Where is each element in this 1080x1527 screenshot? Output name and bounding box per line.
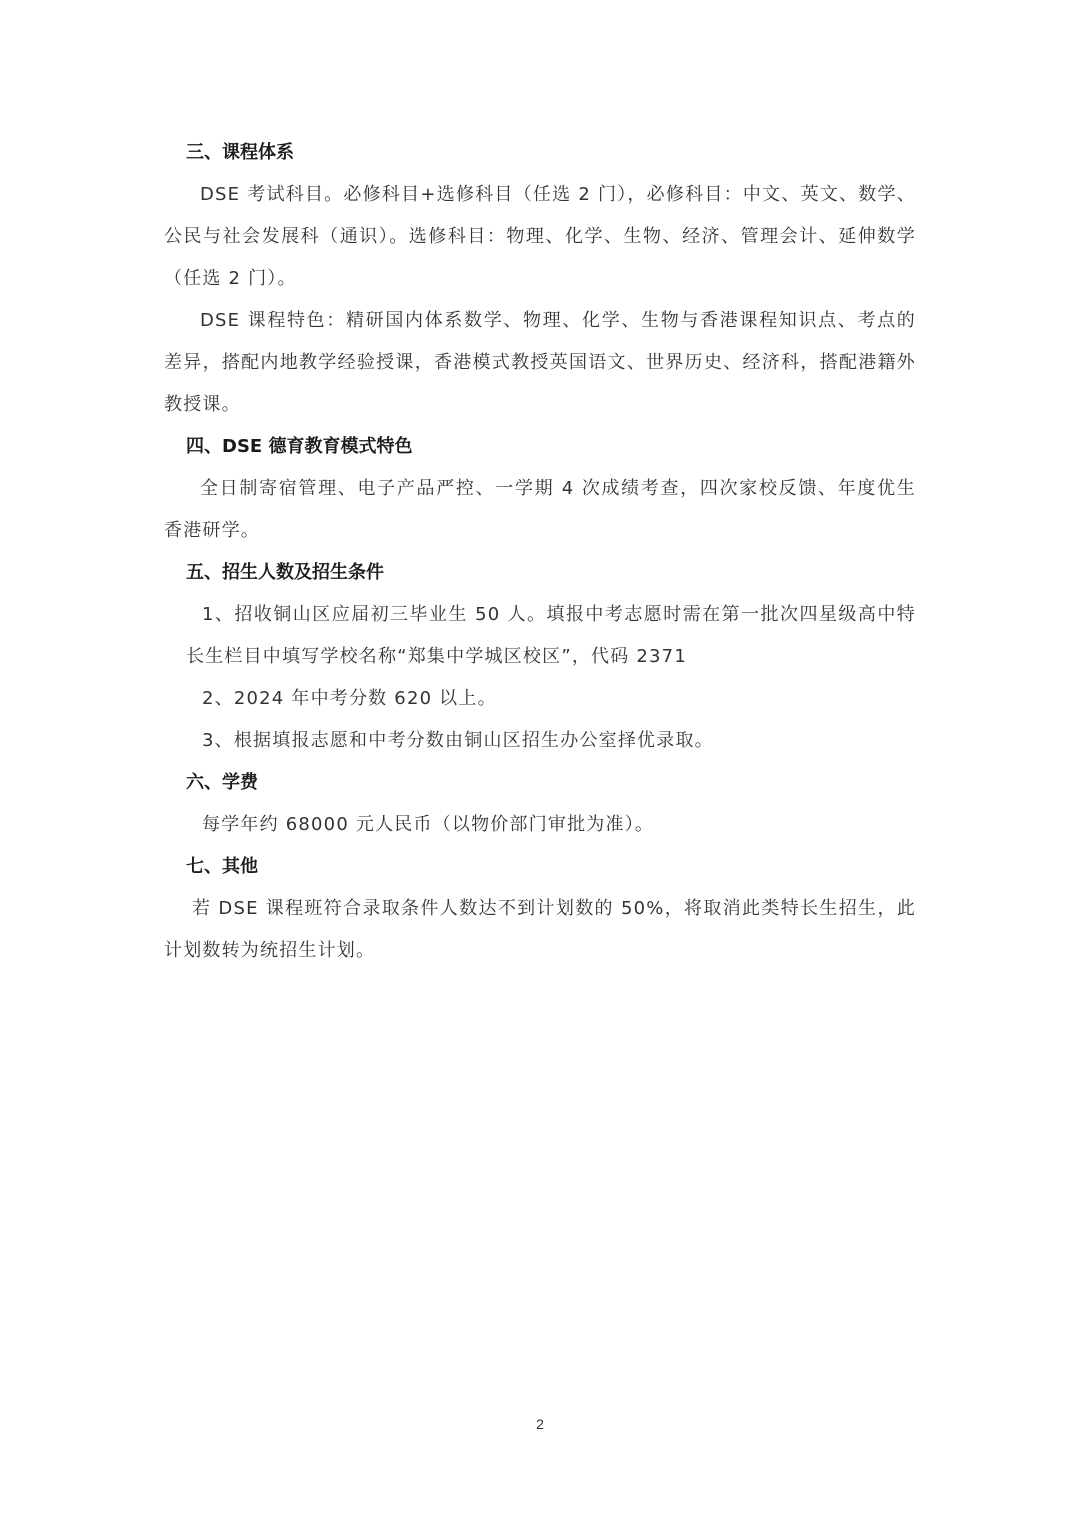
section-heading-tuition: 六、学费	[186, 762, 916, 804]
section-heading-enrollment: 五、招生人数及招生条件	[186, 552, 916, 594]
paragraph-moral-education: 全日制寄宿管理、电子产品严控、一学期 4 次成绩考查，四次家校反馈、年度优生香港…	[164, 468, 916, 552]
section-heading-curriculum: 三、课程体系	[186, 132, 916, 174]
section-heading-moral-education: 四、DSE 德育教育模式特色	[186, 426, 916, 468]
document-body: 三、课程体系 DSE 考试科目。必修科目+选修科目（任选 2 门），必修科目：中…	[164, 132, 916, 972]
document-page: 三、课程体系 DSE 考试科目。必修科目+选修科目（任选 2 门），必修科目：中…	[0, 0, 1080, 1527]
paragraph-other: 若 DSE 课程班符合录取条件人数达不到计划数的 50%，将取消此类特长生招生，…	[164, 888, 916, 972]
section-heading-other: 七、其他	[186, 846, 916, 888]
page-number: 2	[0, 1416, 1080, 1432]
paragraph-tuition: 每学年约 68000 元人民币（以物价部门审批为准）。	[164, 804, 916, 846]
enrollment-item-1: 1、招收铜山区应届初三毕业生 50 人。填报中考志愿时需在第一批次四星级高中特长…	[186, 594, 916, 678]
enrollment-item-2: 2、2024 年中考分数 620 以上。	[186, 678, 916, 720]
enrollment-item-3: 3、根据填报志愿和中考分数由铜山区招生办公室择优录取。	[186, 720, 916, 762]
paragraph-exam-subjects: DSE 考试科目。必修科目+选修科目（任选 2 门），必修科目：中文、英文、数学…	[164, 174, 916, 300]
paragraph-course-features: DSE 课程特色：精研国内体系数学、物理、化学、生物与香港课程知识点、考点的差异…	[164, 300, 916, 426]
